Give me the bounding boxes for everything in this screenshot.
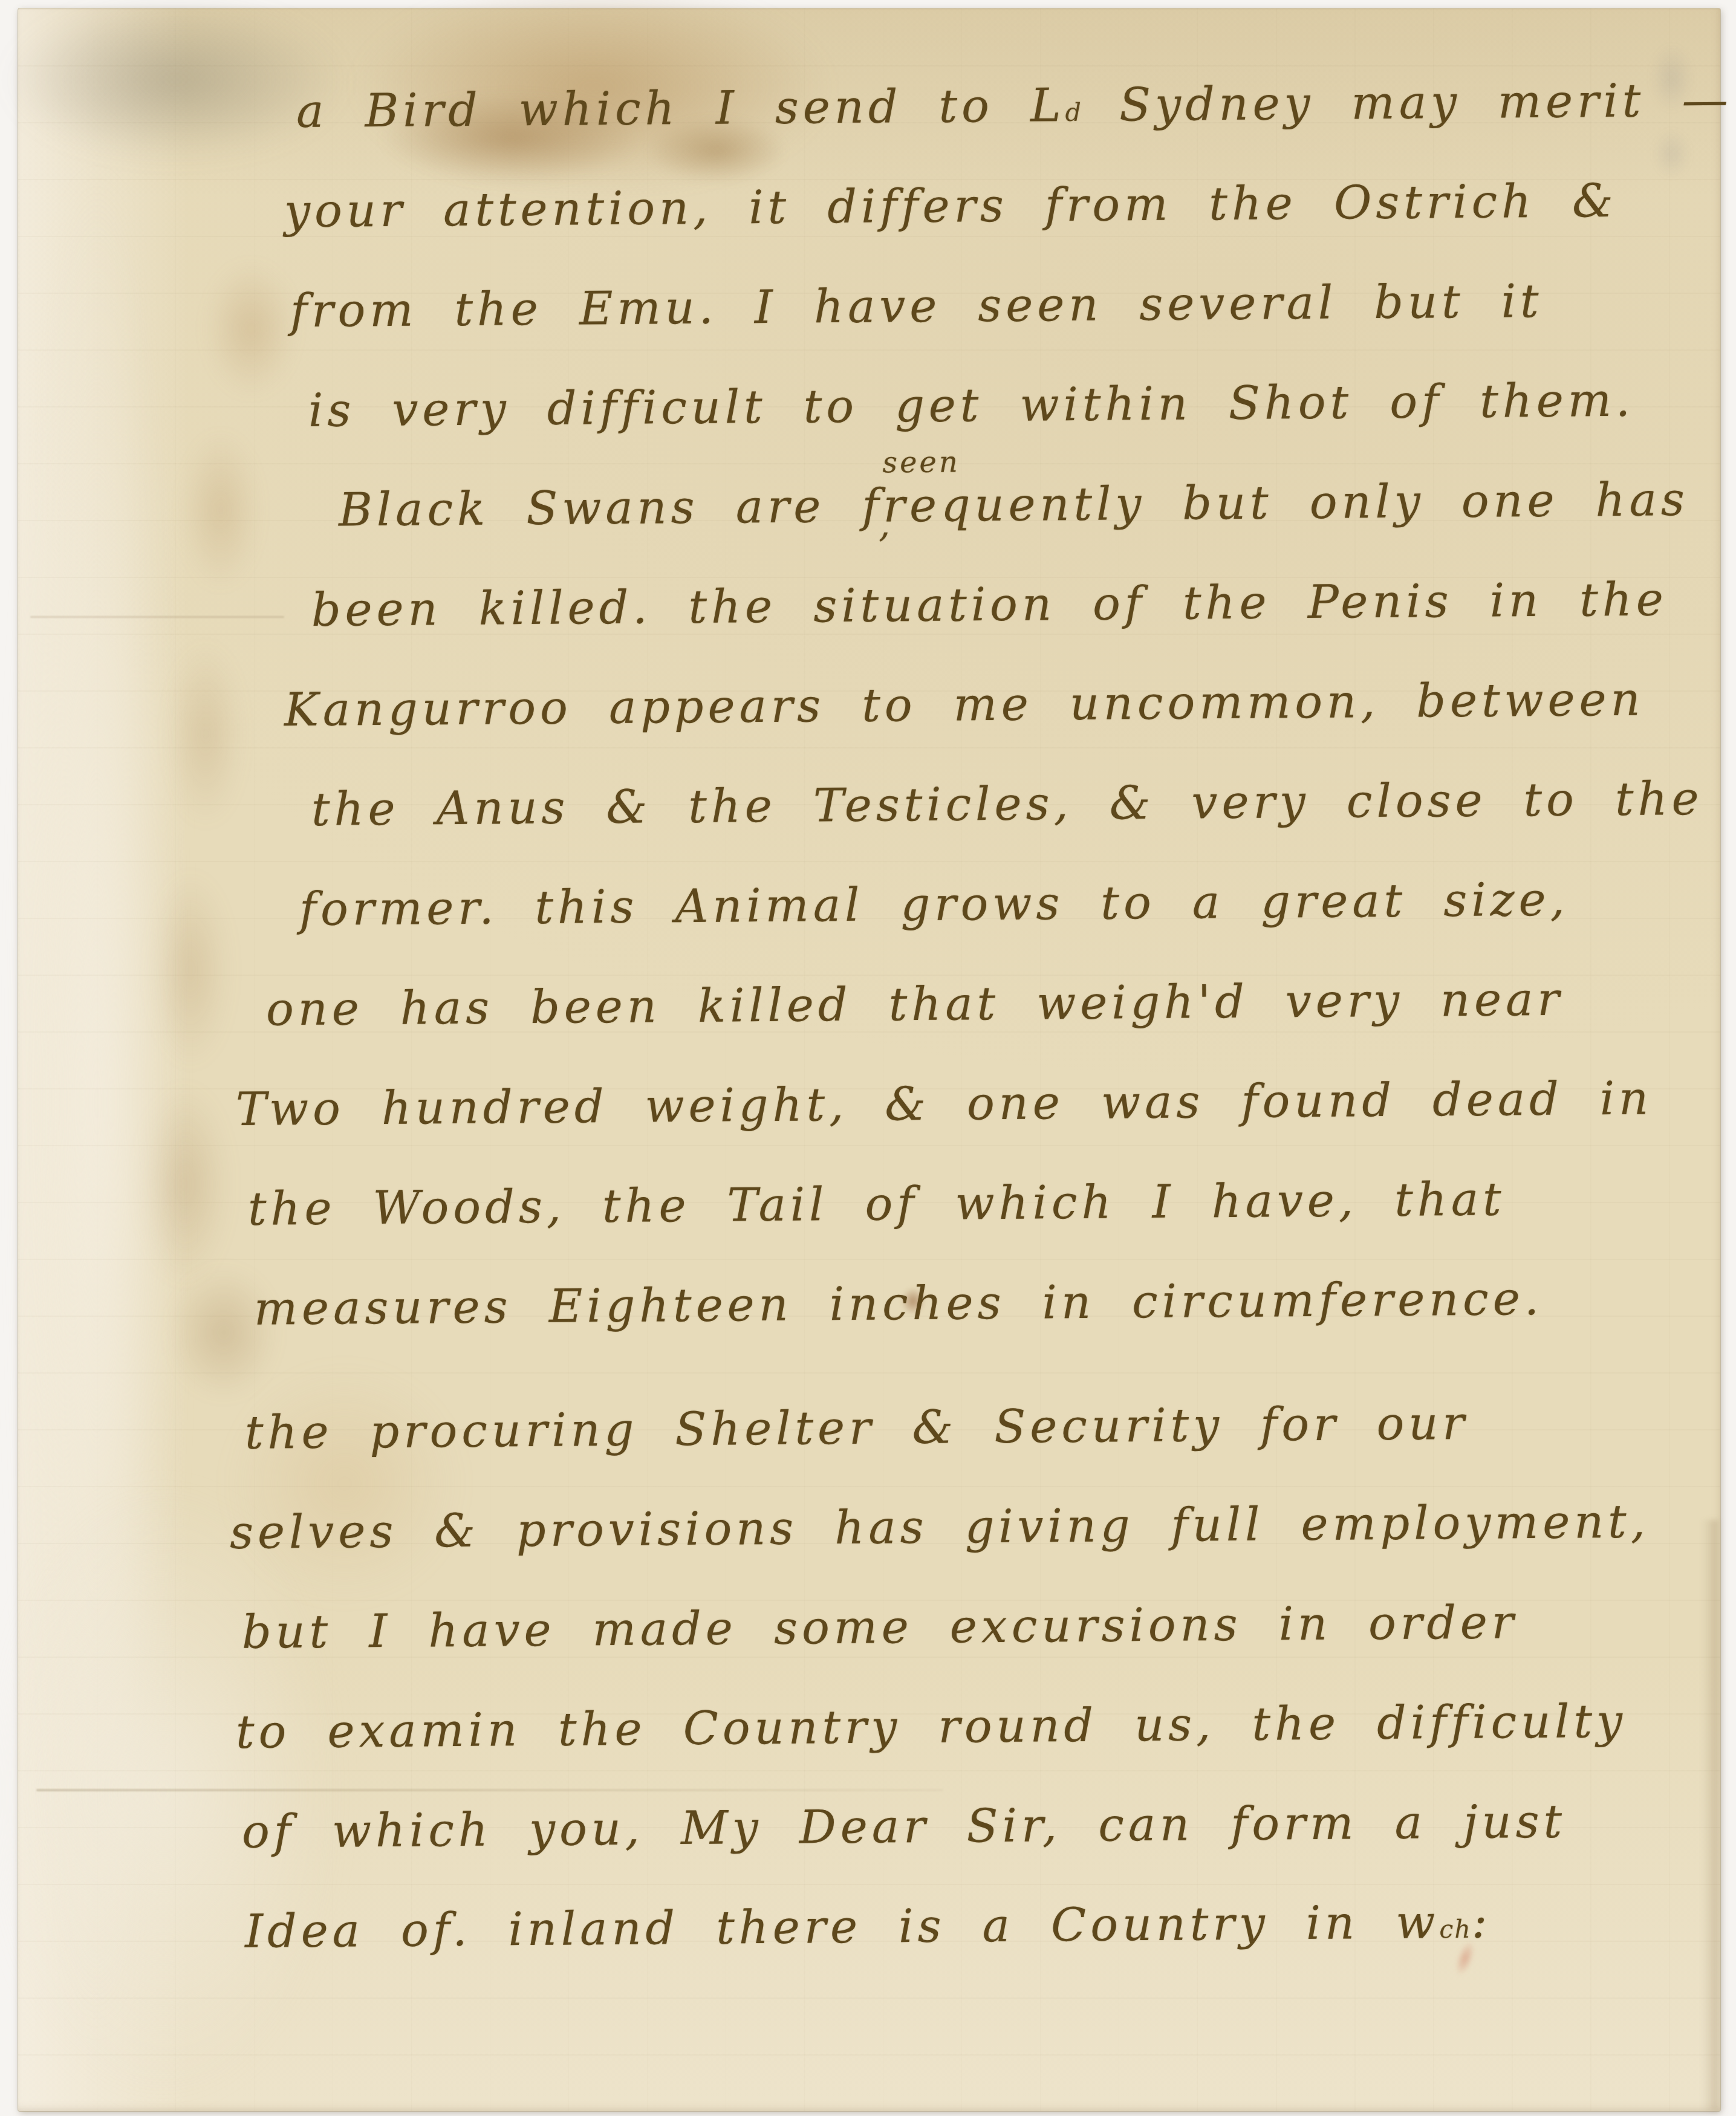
letter-line-text: from the Emu. I have seen several but it [290,274,1543,337]
letter-line-10: one has been killed that weigh'd very ne… [226,948,1684,1059]
letter-line-7: Kangurroo appears to me uncommon, betwee… [226,649,1684,760]
left-edge-tide-stain [139,1085,230,1284]
scanned-letter-page: { "colors": { "ink": "#5e481c", "paper":… [0,0,1736,2116]
letter-line-5: Black Swans are frequently but only one … [226,449,1684,560]
letter-line-3: from the Emu. I have seen several but it [226,250,1684,361]
left-edge-abrasion [18,166,175,2040]
letter-line-11: Two hundred weight, & one was found dead… [226,1048,1684,1159]
letter-line-text: been killed. the situation of the Penis … [311,572,1668,637]
letter-line-text: but I have made some excursions in order [242,1595,1518,1659]
letter-line-text: measures Eighteen inches in circumferenc… [254,1271,1544,1335]
letter-line-text: the Anus & the Testicles, & very close t… [311,771,1703,836]
letter-line-text: the procuring Shelter & Security for our [245,1396,1469,1459]
letter-line-4: is very difficult to get within Shot of … [226,349,1684,461]
letter-text: a Bird which I send to Ld Sydney may mer… [227,62,1684,2111]
letter-line-text: selves & provisions has giving full empl… [230,1495,1650,1559]
letter-line-2: your attention, it differs from the Ostr… [226,150,1684,261]
letter-line-text: Black Swans are frequently but only one … [339,472,1689,537]
letter-line-text: the Woods, the Tail of which I have, tha… [248,1172,1506,1235]
letter-line-text: your attention, it differs from the Ostr… [284,174,1618,238]
letter-line-text: is very difficult to get within Shot of … [308,373,1635,437]
letter-line-12: the Woods, the Tail of which I have, tha… [226,1147,1684,1259]
scan-background: a Bird which I send to Ld Sydney may mer… [0,0,1736,2116]
letter-line-16: but I have made some excursions in order [226,1571,1684,1682]
right-edge-shadow [1702,1520,1718,2111]
letter-line-text: a Bird which I send to Ld Sydney may mer… [296,73,1732,138]
letter-paper-sheet: a Bird which I send to Ld Sydney may mer… [18,8,1720,2111]
letter-line-13: measures Eighteen inches in circumferenc… [226,1247,1684,1358]
left-edge-tide-stain [151,873,230,1066]
letter-line-18: of which you, My Dear Sir, can form a ju… [226,1770,1684,1881]
letter-line-17: to examin the Country round us, the diff… [226,1670,1684,1782]
letter-line-text: one has been killed that weigh'd very ne… [266,972,1564,1036]
letter-line-9: former. this Animal grows to a great siz… [226,848,1684,959]
letter-line-text: Two hundred weight, & one was found dead… [236,1071,1653,1135]
letter-line-19: Idea of. inland there is a Country in wc… [226,1870,1684,1981]
insertion-caret-mark: , [879,506,895,542]
letter-line-8: the Anus & the Testicles, & very close t… [226,748,1684,860]
letter-line-text: former. this Animal grows to a great siz… [299,872,1569,936]
letter-line-text: Idea of. inland there is a Country in wc… [245,1895,1492,1958]
letter-line-6: been killed. the situation of the Penis … [226,549,1684,660]
letter-line-text: Kangurroo appears to me uncommon, betwee… [284,672,1645,737]
letter-line-text: of which you, My Dear Sir, can form a ju… [242,1794,1567,1858]
letter-line-14: the procuring Shelter & Security for our [226,1371,1684,1482]
letter-line-text: to examin the Country round us, the diff… [236,1694,1627,1759]
interlinear-insertion: seen [882,447,960,477]
letter-line-15: selves & provisions has giving full empl… [226,1471,1684,1582]
letter-line-1: a Bird which I send to Ld Sydney may mer… [226,50,1684,161]
